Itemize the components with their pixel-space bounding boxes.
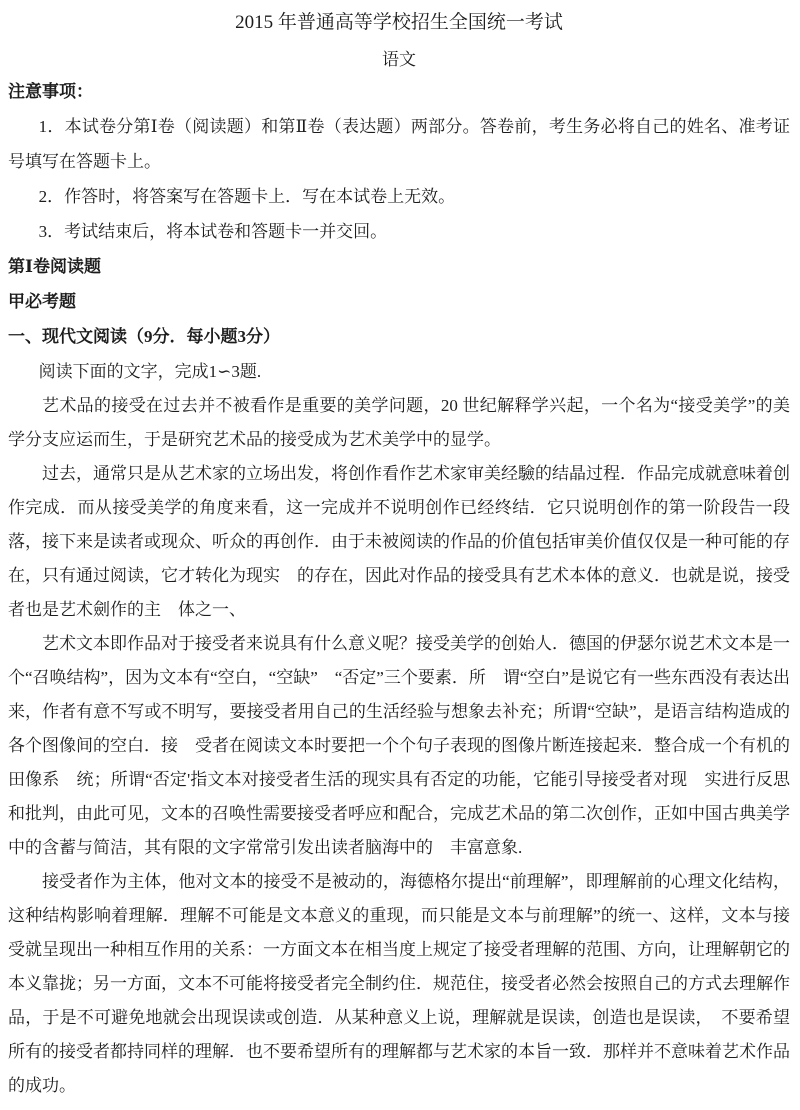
passage-paragraph-1: 艺术品的接受在过去并不被看作是重要的美学问题，20 世纪解释学兴起，一个名为“接… xyxy=(8,389,790,457)
reading-passage: 艺术品的接受在过去并不被看作是重要的美学问题，20 世纪解释学兴起，一个名为“接… xyxy=(8,389,790,1103)
subpart-heading: 甲必考题 xyxy=(8,284,790,319)
passage-paragraph-4: 接受者作为主体，他对文本的接受不是被动的，海德格尔提出“前理解”，即理解前的心理… xyxy=(8,865,790,1103)
passage-paragraph-3: 艺术文本即作品对于接受者来说具有什么意义呢？接受美学的创始人．德国的伊瑟尔说艺术… xyxy=(8,627,790,865)
subject-title: 语文 xyxy=(8,48,790,72)
notice-item-1: 1．本试卷分第Ⅰ卷（阅读题）和第Ⅱ卷（表达题）两部分。答卷前，考生务必将自己的姓… xyxy=(8,109,790,179)
notice-item-3: 3．考试结束后，将本试卷和答题卡一并交回。 xyxy=(8,214,790,249)
page-title: 2015 年普通高等学校招生全国统一考试 xyxy=(8,10,790,36)
exam-paper-page: 2015 年普通高等学校招生全国统一考试 语文 注意事项： 1．本试卷分第Ⅰ卷（… xyxy=(0,0,800,1110)
part1-heading: 第Ⅰ卷阅读题 xyxy=(8,249,790,284)
section1-heading: 一、现代文阅读（9分．每小题3分） xyxy=(8,319,790,354)
reading-instruction: 阅读下面的文字，完成1∽3题. xyxy=(8,354,790,389)
notice-item-2: 2．作答时，将答案写在答题卡上．写在本试卷上无效。 xyxy=(8,179,790,214)
notice-heading: 注意事项： xyxy=(8,74,790,109)
passage-paragraph-2: 过去，通常只是从艺术家的立场出发，将创作看作艺术家审美经驗的结晶过程．作品完成就… xyxy=(8,457,790,627)
